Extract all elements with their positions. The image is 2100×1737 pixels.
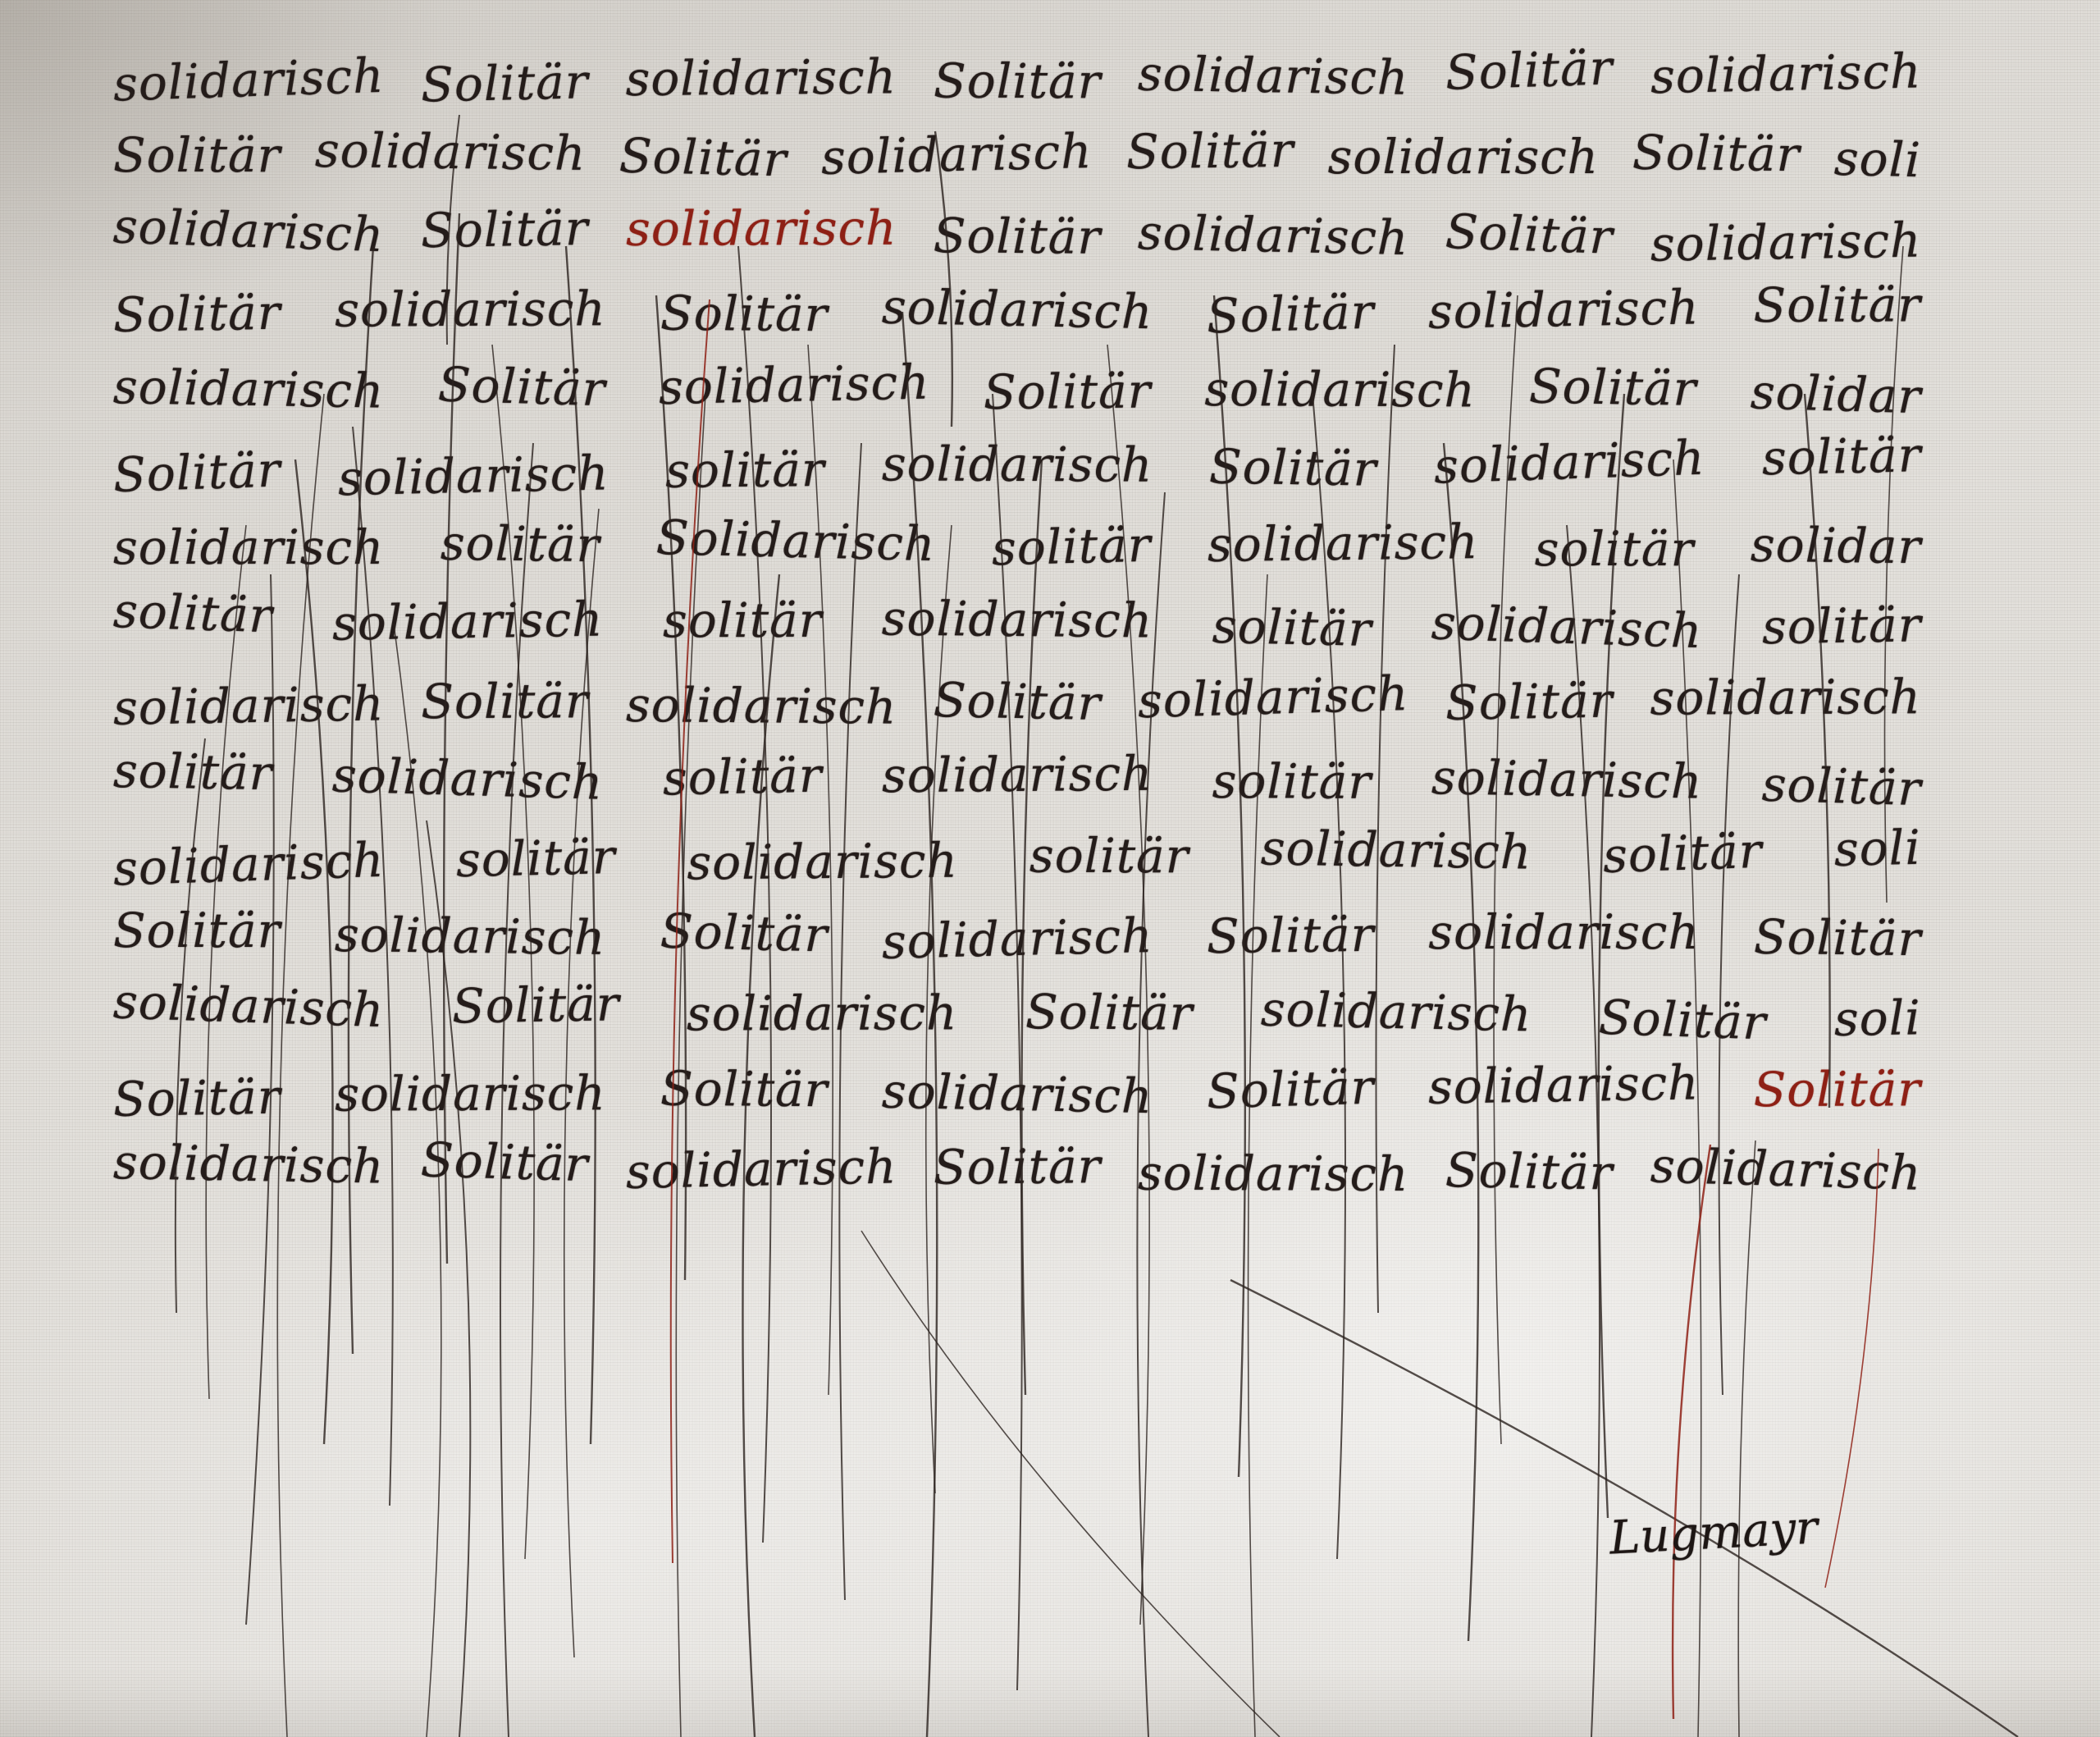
black-thread-strand: [246, 574, 274, 1625]
black-thread-strand: [1719, 574, 1740, 1395]
black-thread-strand: [394, 624, 441, 1737]
black-thread-strand: [349, 246, 373, 1354]
artist-signature: Lugmayr: [1608, 1501, 1819, 1565]
embroidered-fabric-photo: solidarischSolitärsolidarischSolitärsoli…: [0, 0, 2100, 1737]
black-thread-strand: [1312, 394, 1345, 1559]
black-thread-strand: [295, 459, 333, 1444]
black-thread-strand: [1599, 394, 1624, 1518]
black-thread-strand: [926, 525, 952, 1493]
red-thread-strand: [1825, 1149, 1879, 1588]
black-thread-strand: [277, 394, 324, 1737]
black-thread-strand: [1567, 525, 1600, 1737]
black-thread-strand: [1249, 574, 1267, 1737]
black-thread-strand: [742, 574, 779, 1737]
black-thread-strand: [935, 131, 952, 427]
black-thread-strand: [808, 345, 833, 1395]
black-thread-strand: [993, 394, 1022, 1690]
black-thread-strand: [1022, 459, 1043, 1395]
black-thread-strand: [566, 246, 596, 1444]
black-thread-strand: [839, 443, 861, 1600]
black-thread-strand: [1738, 1140, 1755, 1737]
black-thread-strand: [1376, 345, 1395, 1313]
black-thread-strand: [206, 525, 246, 1399]
black-thread-strand: [1494, 295, 1518, 1444]
black-thread-strand: [353, 427, 393, 1506]
black-thread-strand: [1214, 295, 1245, 1477]
black-thread-strand: [902, 312, 937, 1737]
black-thread-strand: [1444, 443, 1478, 1641]
black-thread-strand: [176, 738, 205, 1313]
black-thread-strand: [444, 213, 459, 1264]
black-thread-strand: [1107, 345, 1149, 1625]
black-thread-strand: [861, 1231, 1280, 1737]
black-thread-strand: [447, 115, 459, 345]
black-thread-strand: [1805, 394, 1830, 1108]
hanging-threads: [0, 0, 2100, 1737]
black-thread-strand: [1230, 1280, 2018, 1737]
black-thread-strand: [1137, 492, 1165, 1737]
red-thread-strand: [1673, 1145, 1710, 1719]
black-thread-strand: [564, 509, 599, 1657]
black-thread-strand: [1885, 246, 1904, 903]
black-thread-strand: [427, 821, 470, 1737]
